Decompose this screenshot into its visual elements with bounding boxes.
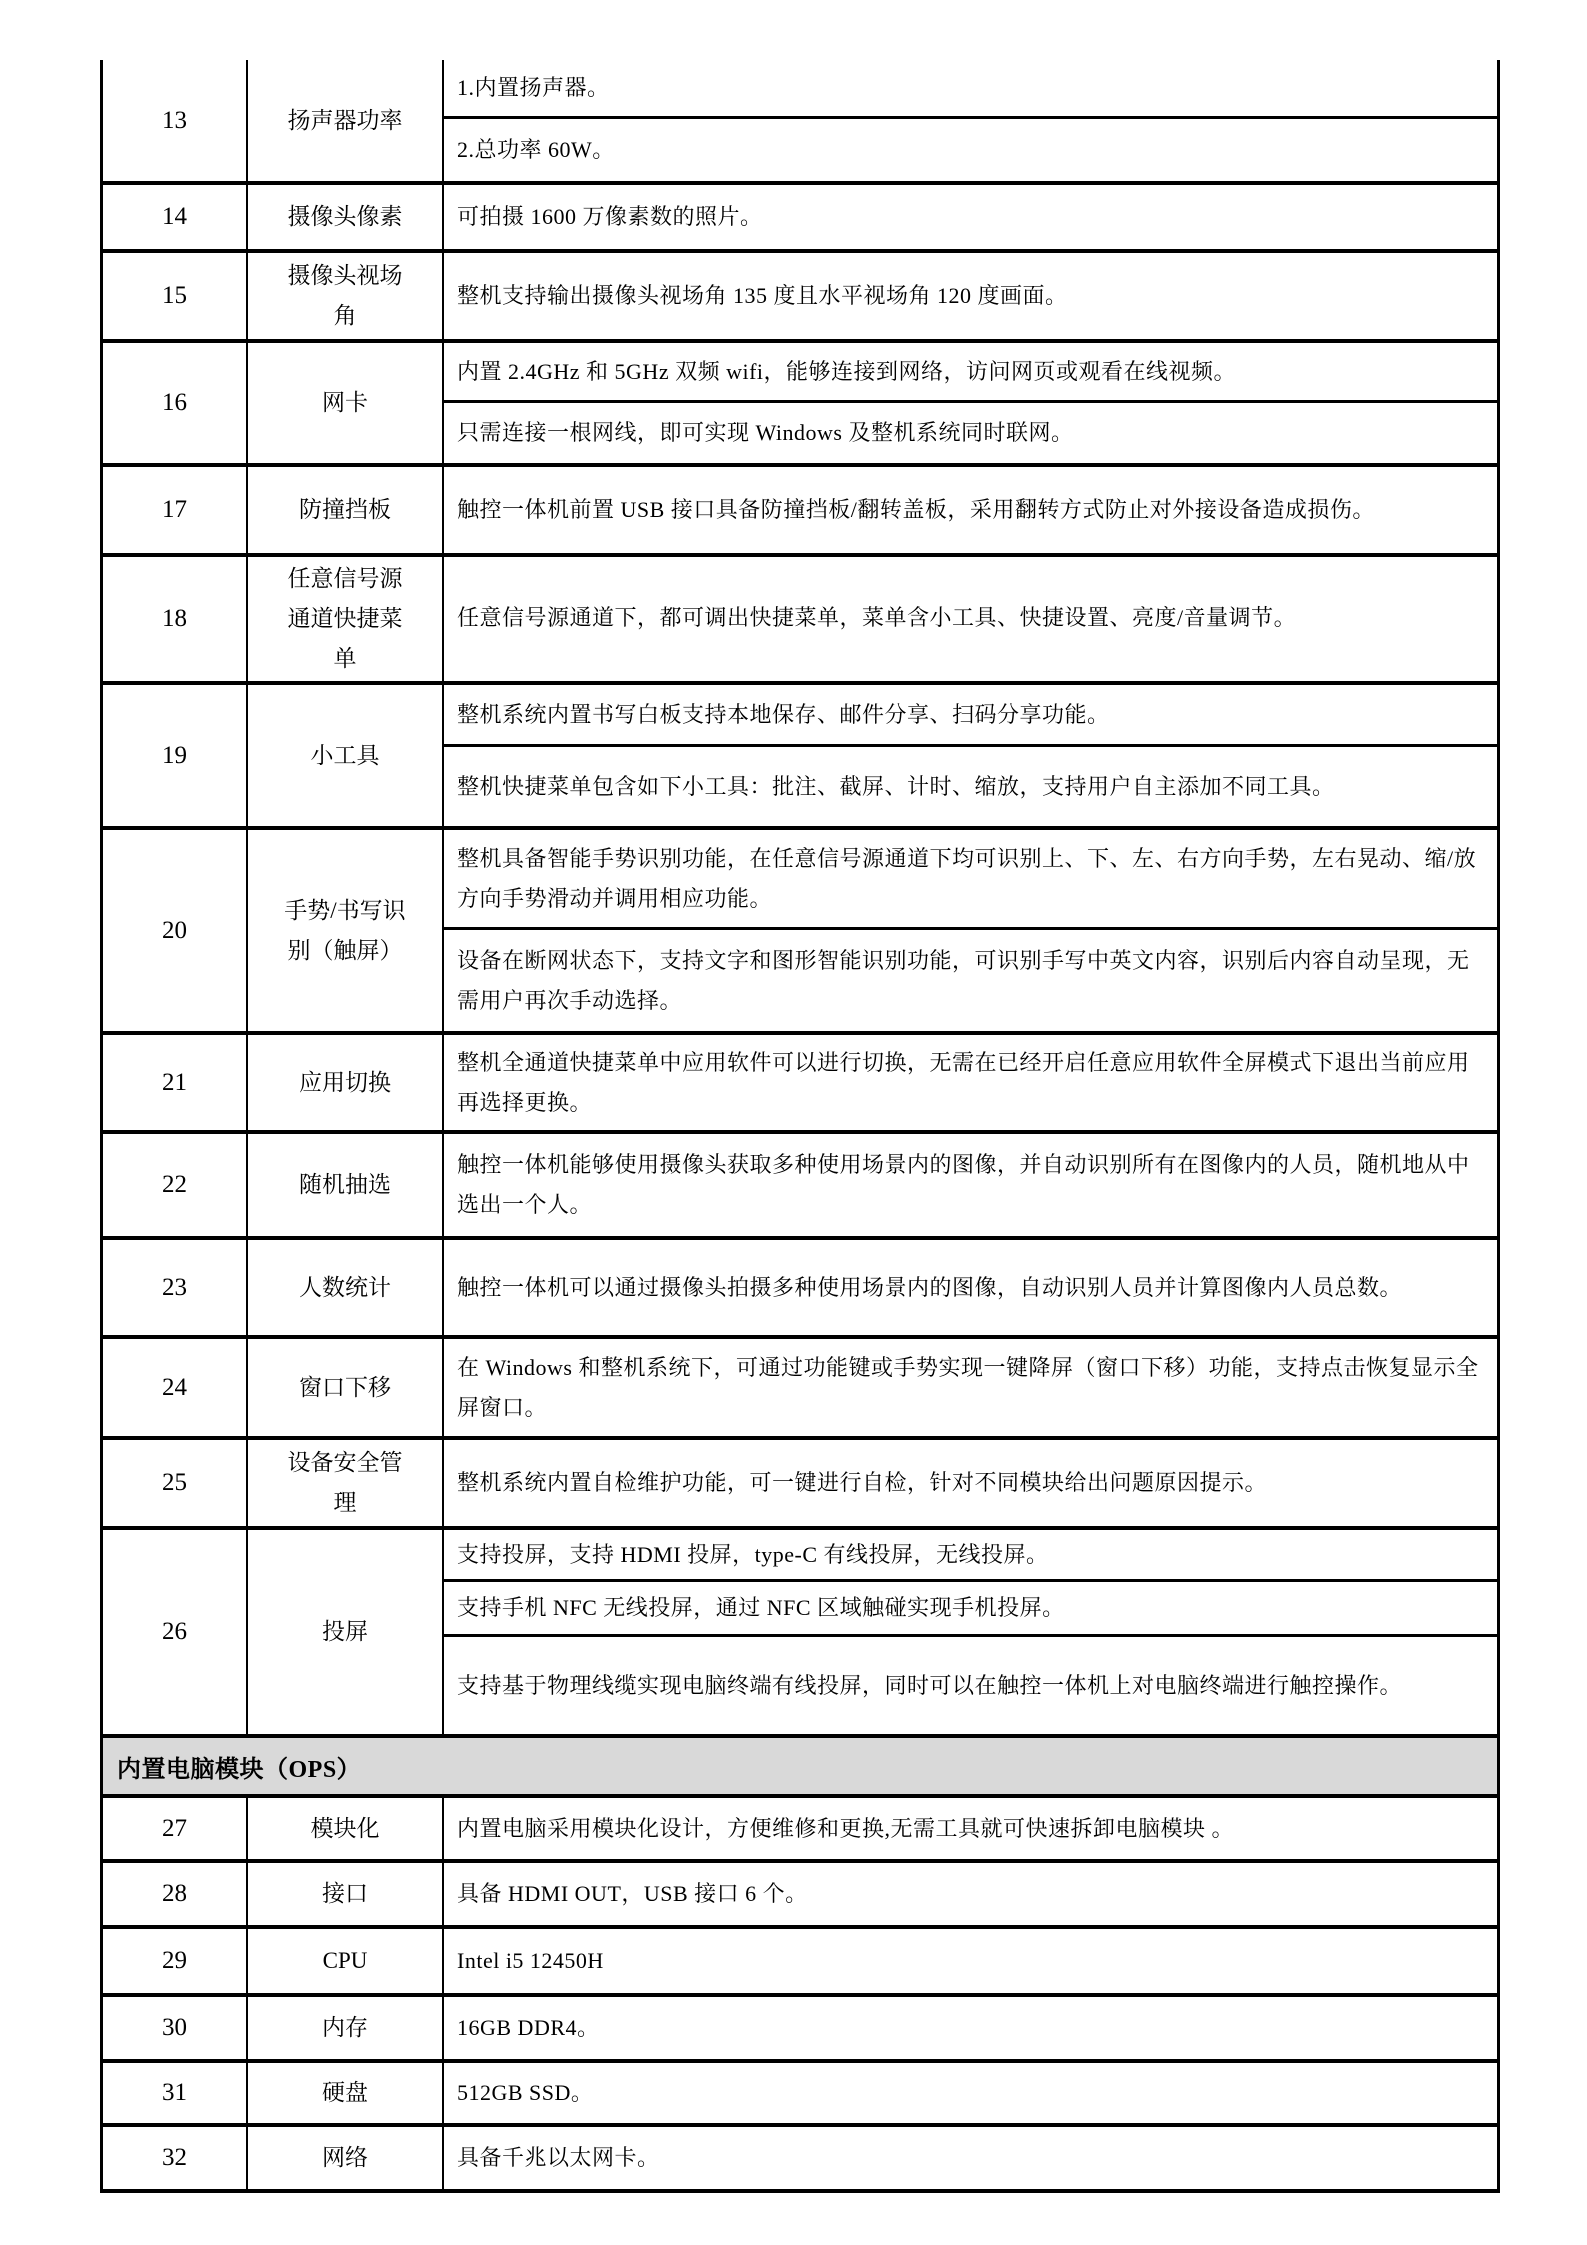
- table-row: 25 设备安全管 理 整机系统内置自检维护功能，可一键进行自检，针对不同模块给出…: [103, 1440, 1497, 1530]
- table-row: 29 CPU Intel i5 12450H: [103, 1929, 1497, 1997]
- row-description-cell: 1.内置扬声器。: [444, 60, 1497, 119]
- row-description-cell: 设备在断网状态下，支持文字和图形智能识别功能，可识别手写中英文内容，识别后内容自…: [444, 930, 1497, 1031]
- row-feature-label: 手势/书写识 别（触屏）: [248, 830, 444, 1031]
- row-description-column: 内置电脑采用模块化设计，方便维修和更换,无需工具就可快速拆卸电脑模块 。: [444, 1798, 1497, 1859]
- row-feature-label: 摄像头像素: [248, 185, 444, 249]
- row-number: 17: [103, 467, 248, 553]
- row-description-cell: 只需连接一根网线，即可实现 Windows 及整机系统同时联网。: [444, 403, 1497, 463]
- row-description-cell: 整机系统内置自检维护功能，可一键进行自检，针对不同模块给出问题原因提示。: [444, 1440, 1497, 1526]
- row-feature-label: 随机抽选: [248, 1134, 444, 1236]
- row-number: 30: [103, 1997, 248, 2059]
- row-description-column: 512GB SSD。: [444, 2063, 1497, 2123]
- row-number: 29: [103, 1929, 248, 1993]
- document-page: 13 扬声器功率 1.内置扬声器。2.总功率 60W。 14 摄像头像素 可拍摄…: [0, 0, 1587, 2245]
- table-row: 22 随机抽选 触控一体机能够使用摄像头获取多种使用场景内的图像，并自动识别所有…: [103, 1134, 1497, 1240]
- row-feature-label: 窗口下移: [248, 1339, 444, 1436]
- row-description-column: 触控一体机能够使用摄像头获取多种使用场景内的图像，并自动识别所有在图像内的人员，…: [444, 1134, 1497, 1236]
- row-description-cell: 整机系统内置书写白板支持本地保存、邮件分享、扫码分享功能。: [444, 685, 1497, 747]
- row-feature-label: 接口: [248, 1863, 444, 1925]
- row-feature-label: 网络: [248, 2127, 444, 2189]
- row-description-column: 触控一体机前置 USB 接口具备防撞挡板/翻转盖板，采用翻转方式防止对外接设备造…: [444, 467, 1497, 553]
- row-number: 16: [103, 343, 248, 463]
- row-description-cell: 整机支持输出摄像头视场角 135 度且水平视场角 120 度画面。: [444, 253, 1497, 339]
- row-feature-label: 设备安全管 理: [248, 1440, 444, 1526]
- section-header-ops: 内置电脑模块（OPS）: [103, 1738, 1497, 1798]
- row-number: 28: [103, 1863, 248, 1925]
- spec-table: 13 扬声器功率 1.内置扬声器。2.总功率 60W。 14 摄像头像素 可拍摄…: [100, 60, 1500, 2193]
- row-feature-label: 人数统计: [248, 1240, 444, 1335]
- row-number: 22: [103, 1134, 248, 1236]
- row-description-cell: 任意信号源通道下，都可调出快捷菜单，菜单含小工具、快捷设置、亮度/音量调节。: [444, 557, 1497, 679]
- table-row: 24 窗口下移 在 Windows 和整机系统下，可通过功能键或手势实现一键降屏…: [103, 1339, 1497, 1440]
- table-row: 30 内存 16GB DDR4。: [103, 1997, 1497, 2063]
- row-description-cell: 内置 2.4GHz 和 5GHz 双频 wifi，能够连接到网络，访问网页或观看…: [444, 343, 1497, 403]
- row-description-column: 触控一体机可以通过摄像头拍摄多种使用场景内的图像，自动识别人员并计算图像内人员总…: [444, 1240, 1497, 1335]
- row-feature-label: CPU: [248, 1929, 444, 1993]
- row-description-column: Intel i5 12450H: [444, 1929, 1497, 1993]
- table-row: 17 防撞挡板 触控一体机前置 USB 接口具备防撞挡板/翻转盖板，采用翻转方式…: [103, 467, 1497, 557]
- row-feature-label: 摄像头视场 角: [248, 253, 444, 339]
- row-description-cell: 512GB SSD。: [444, 2063, 1497, 2123]
- row-number: 20: [103, 830, 248, 1031]
- row-description-column: 整机系统内置自检维护功能，可一键进行自检，针对不同模块给出问题原因提示。: [444, 1440, 1497, 1526]
- row-feature-label: 模块化: [248, 1798, 444, 1859]
- row-number: 21: [103, 1035, 248, 1130]
- row-number: 24: [103, 1339, 248, 1436]
- table-row: 15 摄像头视场 角 整机支持输出摄像头视场角 135 度且水平视场角 120 …: [103, 253, 1497, 343]
- row-description-cell: 可拍摄 1600 万像素数的照片。: [444, 185, 1497, 249]
- table-row: 14 摄像头像素 可拍摄 1600 万像素数的照片。: [103, 185, 1497, 253]
- row-feature-label: 投屏: [248, 1530, 444, 1734]
- row-description-cell: 触控一体机可以通过摄像头拍摄多种使用场景内的图像，自动识别人员并计算图像内人员总…: [444, 1240, 1497, 1335]
- row-description-cell: 触控一体机能够使用摄像头获取多种使用场景内的图像，并自动识别所有在图像内的人员，…: [444, 1134, 1497, 1236]
- table-row: 28 接口 具备 HDMI OUT，USB 接口 6 个。: [103, 1863, 1497, 1929]
- row-description-column: 整机全通道快捷菜单中应用软件可以进行切换，无需在已经开启任意应用软件全屏模式下退…: [444, 1035, 1497, 1130]
- row-description-column: 任意信号源通道下，都可调出快捷菜单，菜单含小工具、快捷设置、亮度/音量调节。: [444, 557, 1497, 681]
- table-row: 20 手势/书写识 别（触屏） 整机具备智能手势识别功能，在任意信号源通道下均可…: [103, 830, 1497, 1035]
- row-feature-label: 任意信号源 通道快捷菜 单: [248, 557, 444, 681]
- row-number: 31: [103, 2063, 248, 2123]
- table-row: 18 任意信号源 通道快捷菜 单 任意信号源通道下，都可调出快捷菜单，菜单含小工…: [103, 557, 1497, 685]
- row-description-cell: 内置电脑采用模块化设计，方便维修和更换,无需工具就可快速拆卸电脑模块 。: [444, 1798, 1497, 1859]
- row-number: 18: [103, 557, 248, 681]
- row-description-column: 具备千兆以太网卡。: [444, 2127, 1497, 2189]
- row-feature-label: 应用切换: [248, 1035, 444, 1130]
- table-row: 16 网卡 内置 2.4GHz 和 5GHz 双频 wifi，能够连接到网络，访…: [103, 343, 1497, 467]
- row-number: 25: [103, 1440, 248, 1526]
- row-description-column: 支持投屏，支持 HDMI 投屏，type-C 有线投屏，无线投屏。支持手机 NF…: [444, 1530, 1497, 1734]
- row-number: 15: [103, 253, 248, 339]
- row-number: 23: [103, 1240, 248, 1335]
- row-description-column: 内置 2.4GHz 和 5GHz 双频 wifi，能够连接到网络，访问网页或观看…: [444, 343, 1497, 463]
- table-row: 27 模块化 内置电脑采用模块化设计，方便维修和更换,无需工具就可快速拆卸电脑模…: [103, 1798, 1497, 1863]
- table-row: 21 应用切换 整机全通道快捷菜单中应用软件可以进行切换，无需在已经开启任意应用…: [103, 1035, 1497, 1134]
- row-description-cell: 整机快捷菜单包含如下小工具：批注、截屏、计时、缩放，支持用户自主添加不同工具。: [444, 747, 1497, 826]
- row-description-column: 具备 HDMI OUT，USB 接口 6 个。: [444, 1863, 1497, 1925]
- row-description-cell: 支持投屏，支持 HDMI 投屏，type-C 有线投屏，无线投屏。: [444, 1530, 1497, 1582]
- table-row: 31 硬盘 512GB SSD。: [103, 2063, 1497, 2127]
- row-description-cell: 支持手机 NFC 无线投屏，通过 NFC 区域触碰实现手机投屏。: [444, 1582, 1497, 1637]
- row-number: 27: [103, 1798, 248, 1859]
- row-description-cell: 16GB DDR4。: [444, 1997, 1497, 2059]
- row-number: 19: [103, 685, 248, 826]
- table-row: 19 小工具 整机系统内置书写白板支持本地保存、邮件分享、扫码分享功能。整机快捷…: [103, 685, 1497, 830]
- table-row: 26 投屏 支持投屏，支持 HDMI 投屏，type-C 有线投屏，无线投屏。支…: [103, 1530, 1497, 1738]
- row-feature-label: 硬盘: [248, 2063, 444, 2123]
- row-description-cell: 支持基于物理线缆实现电脑终端有线投屏，同时可以在触控一体机上对电脑终端进行触控操…: [444, 1637, 1497, 1734]
- row-feature-label: 扬声器功率: [248, 60, 444, 181]
- row-description-column: 整机系统内置书写白板支持本地保存、邮件分享、扫码分享功能。整机快捷菜单包含如下小…: [444, 685, 1497, 826]
- row-description-cell: 具备千兆以太网卡。: [444, 2127, 1497, 2189]
- row-number: 14: [103, 185, 248, 249]
- row-number: 26: [103, 1530, 248, 1734]
- row-description-column: 1.内置扬声器。2.总功率 60W。: [444, 60, 1497, 181]
- row-description-cell: 触控一体机前置 USB 接口具备防撞挡板/翻转盖板，采用翻转方式防止对外接设备造…: [444, 467, 1497, 553]
- row-feature-label: 防撞挡板: [248, 467, 444, 553]
- row-description-column: 整机具备智能手势识别功能，在任意信号源通道下均可识别上、下、左、右方向手势，左右…: [444, 830, 1497, 1031]
- row-description-cell: 具备 HDMI OUT，USB 接口 6 个。: [444, 1863, 1497, 1925]
- row-description-cell: 整机具备智能手势识别功能，在任意信号源通道下均可识别上、下、左、右方向手势，左右…: [444, 830, 1497, 930]
- row-description-column: 16GB DDR4。: [444, 1997, 1497, 2059]
- row-feature-label: 网卡: [248, 343, 444, 463]
- row-feature-label: 内存: [248, 1997, 444, 2059]
- row-number: 32: [103, 2127, 248, 2189]
- row-description-column: 可拍摄 1600 万像素数的照片。: [444, 185, 1497, 249]
- row-description-cell: 整机全通道快捷菜单中应用软件可以进行切换，无需在已经开启任意应用软件全屏模式下退…: [444, 1035, 1497, 1130]
- row-description-column: 整机支持输出摄像头视场角 135 度且水平视场角 120 度画面。: [444, 253, 1497, 339]
- row-feature-label: 小工具: [248, 685, 444, 826]
- row-description-cell: Intel i5 12450H: [444, 1929, 1497, 1993]
- row-description-cell: 2.总功率 60W。: [444, 119, 1497, 181]
- table-row: 13 扬声器功率 1.内置扬声器。2.总功率 60W。: [103, 60, 1497, 185]
- row-description-cell: 在 Windows 和整机系统下，可通过功能键或手势实现一键降屏（窗口下移）功能…: [444, 1339, 1497, 1436]
- row-number: 13: [103, 60, 248, 181]
- row-description-column: 在 Windows 和整机系统下，可通过功能键或手势实现一键降屏（窗口下移）功能…: [444, 1339, 1497, 1436]
- table-row: 23 人数统计 触控一体机可以通过摄像头拍摄多种使用场景内的图像，自动识别人员并…: [103, 1240, 1497, 1339]
- table-row: 32 网络 具备千兆以太网卡。: [103, 2127, 1497, 2193]
